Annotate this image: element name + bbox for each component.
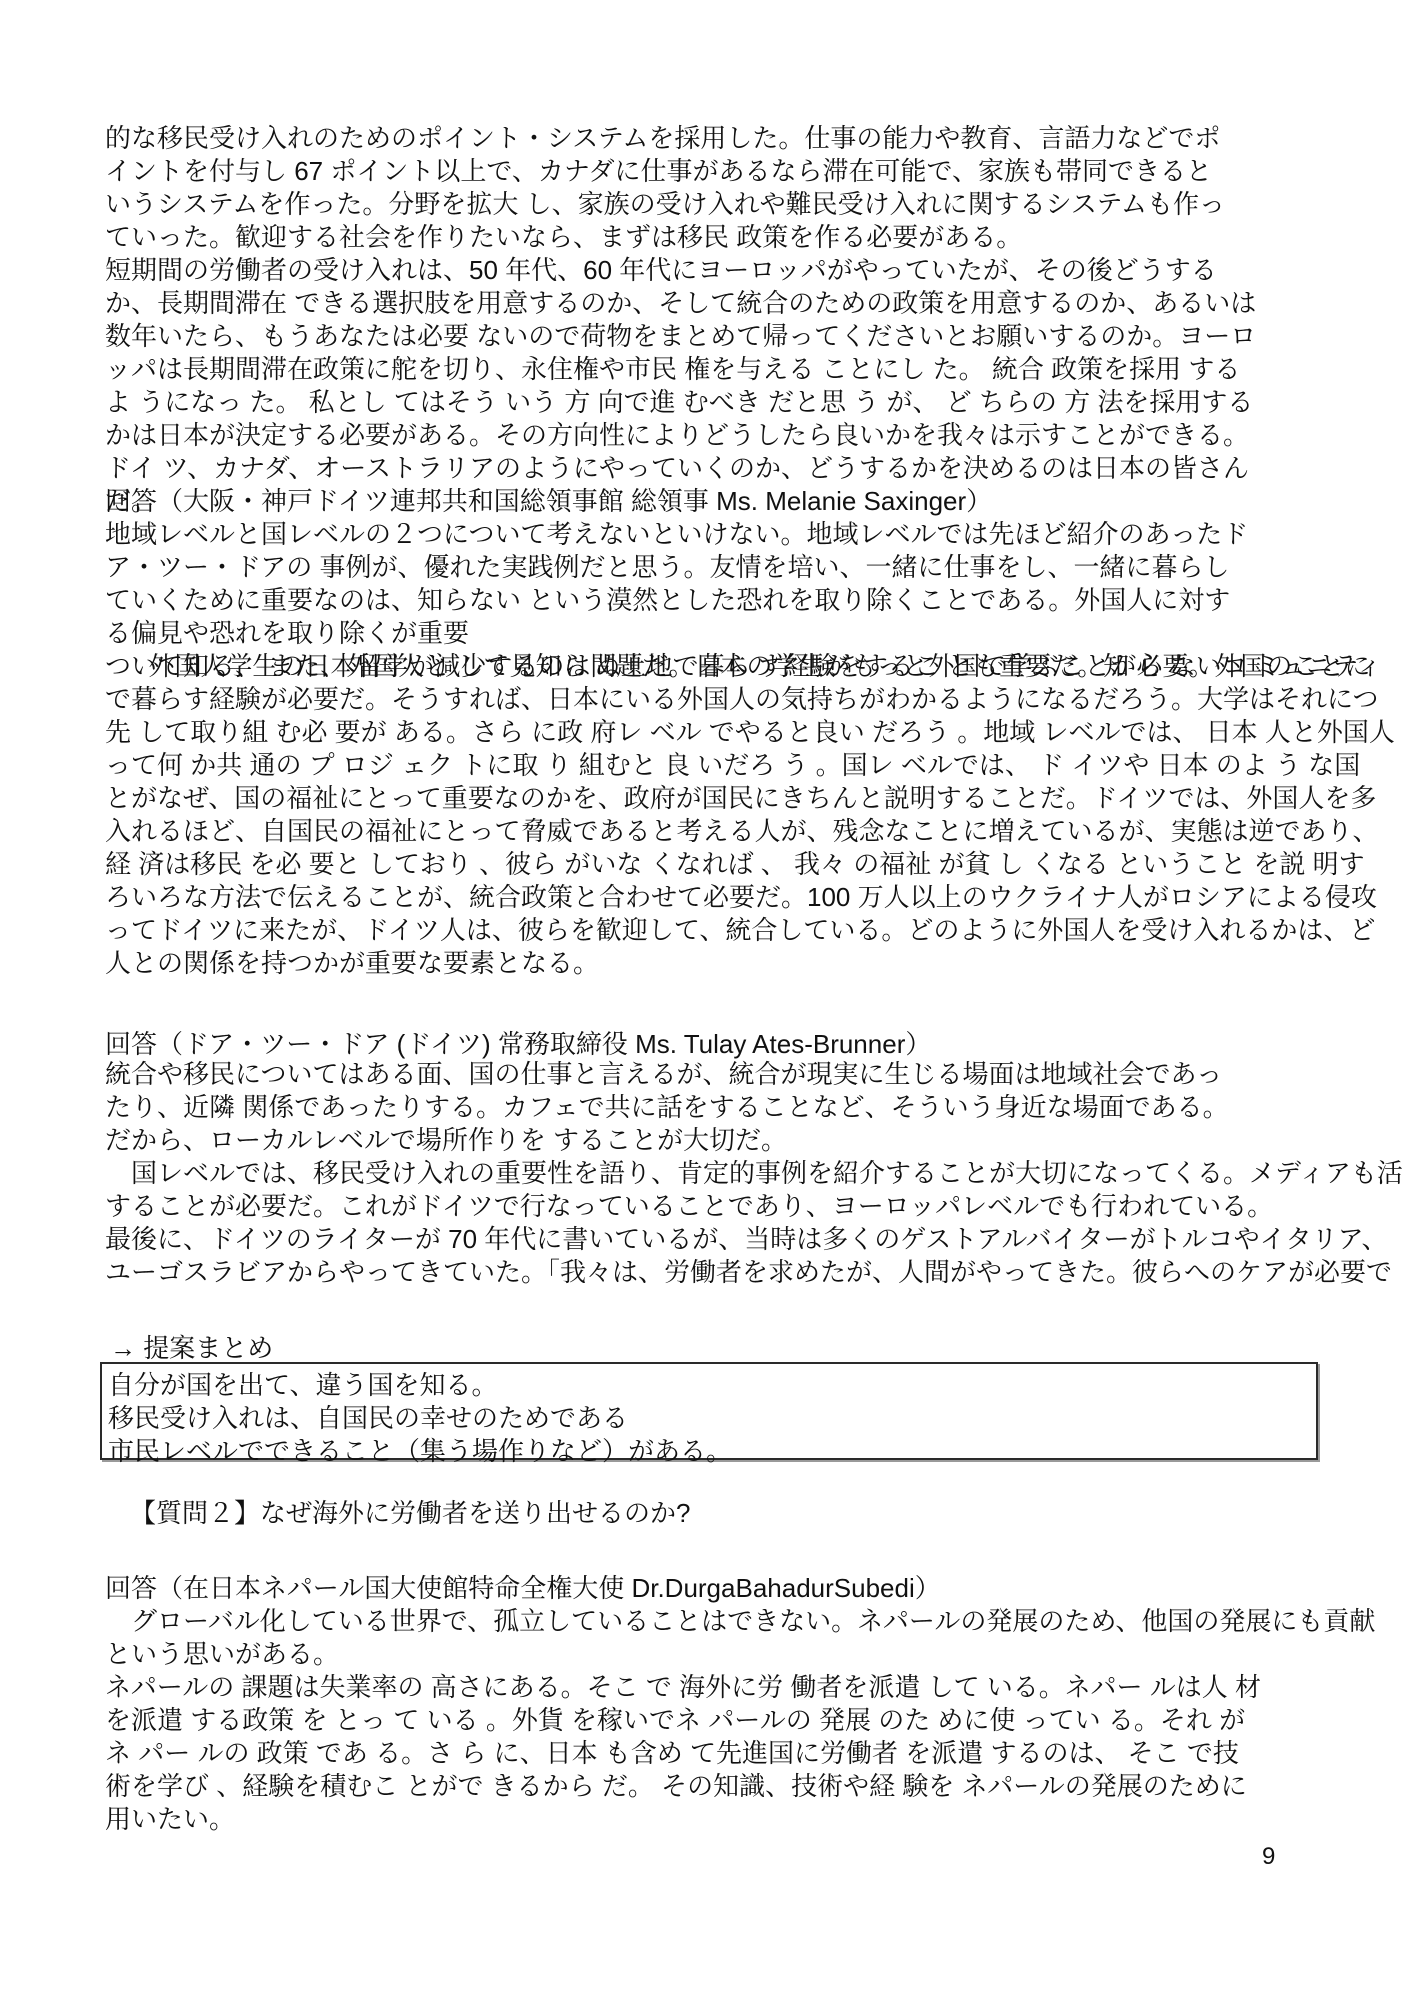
text-line-overlapped: 外国人学生の日本留学が減少するのは問題だ。日本の学生がもっと外国で学ぶことが必要…: [105, 617, 1395, 650]
answer-header-text: 回答（大阪・神戸ドイツ連邦共和国総領事館 総領事 Ms. Melanie Sax…: [105, 485, 1414, 518]
text-line: で暮らす経験が必要だ。そうすれば、日本にいる外国人の気持ちがわかるようになるだろ…: [105, 683, 1395, 716]
document-page: 的な移民受け入れのためのポイント・システムを採用した。仕事の能力や教育、言語力な…: [0, 0, 1414, 2000]
text-line: とがなぜ、国の福祉にとって重要なのかを、政府が国民にきちんと説明することだ。ドイ…: [105, 782, 1395, 815]
text-line: だから、ローカルレベルで場所作りを することが大切だ。: [105, 1124, 1229, 1157]
text-line: 地域レベルと国レベルの２つについて考えないといけない。地域レベルでは先ほど紹介の…: [105, 518, 1248, 551]
paragraph-short-term-workers: 短期間の労働者の受け入れは、50 年代、60 年代にヨーロッパがやっていたが、そ…: [105, 254, 1256, 485]
text-line: ドイ ツ、カナダ、オーストラリアのようにやっていくのか、どうするかを決めるのは日…: [105, 452, 1256, 485]
text-line: って何 か共 通の プ ロジ ェク トに取 り 組むと 良 いだろ う 。国レ …: [105, 749, 1395, 782]
text-line: 最後に、ドイツのライターが 70 年代に書いているが、当時は多くのゲストアルバイ…: [105, 1223, 1403, 1256]
text-line: よ うになっ た。 私とし てはそう いう 方 向で進 むべき だと思 う が、…: [105, 386, 1256, 419]
answer-header-subedi: 回答（在日本ネパール国大使館特命全権大使 Dr.DurgaBahadurSube…: [105, 1572, 941, 1605]
proposal-summary-label: → 提案まとめ: [110, 1332, 273, 1365]
text-line: たり、近隣 関係であったりする。カフェで共に話をすることなど、そういう身近な場面…: [105, 1091, 1229, 1124]
text-line: ていくために重要なのは、知らない という漠然とした恐れを取り除くことである。外国…: [105, 584, 1248, 617]
text-line: グローバル化している世界で、孤立していることはできない。ネパールの発展のため、他…: [105, 1605, 1375, 1638]
text-line: 統合や移民についてはある面、国の仕事と言えるが、統合が現実に生じる場面は地域社会…: [105, 1058, 1229, 1091]
overlap-text-artifact: だ。: [105, 485, 157, 518]
text-line: 人との関係を持つかが重要な要素となる。: [105, 947, 1395, 980]
paragraph-subedi: グローバル化している世界で、孤立していることはできない。ネパールの発展のため、他…: [105, 1605, 1375, 1836]
text-line: を派遣 する政策 を とっ て いる 。外貨 を稼いでネ パールの 発展 のた …: [105, 1704, 1375, 1737]
overlap-text-artifact: る偏見や恐れを取り除くが重要: [105, 617, 469, 650]
answer-header-text: 回答（在日本ネパール国大使館特命全権大使 Dr.DurgaBahadurSube…: [105, 1572, 941, 1605]
text-line: 的な移民受け入れのためのポイント・システムを採用した。仕事の能力や教育、言語力な…: [105, 122, 1225, 155]
summary-line: 市民レベルでできること（集う場作りなど）がある。: [108, 1435, 1316, 1468]
answer-header-tulay: 回答（ドア・ツー・ドア (ドイツ) 常務取締役 Ms. Tulay Ates-B…: [105, 1028, 931, 1061]
text-line: 用いたい。: [105, 1803, 1375, 1836]
text-line: かは日本が決定する必要がある。その方向性によりどうしたら良いかを我々は示すことが…: [105, 419, 1256, 452]
text-line: ていった。歓迎する社会を作りたいなら、まずは移民 政策を作る必要がある。: [105, 221, 1225, 254]
base-text: 外国人学生の日本留学が減少するのは問題だ。日本の学生がもっと外国で学ぶことが必要…: [148, 651, 1370, 681]
text-line: ッパは長期間滞在政策に舵を切り、永住権や市民 権を与える ことにし た。 統合 …: [105, 353, 1256, 386]
text-line: 経 済は移民 を必 要と しており 、彼ら がいな くなれば 、 我々 の福祉 …: [105, 848, 1395, 881]
summary-line: 移民受け入れは、自国民の幸せのためである: [108, 1402, 1316, 1435]
text-line: 国レベルでは、移民受け入れの重要性を語り、肯定的事例を紹介することが大切になって…: [105, 1157, 1403, 1190]
proposal-summary-box: 自分が国を出て、違う国を知る。 移民受け入れは、自国民の幸せのためである 市民レ…: [100, 1362, 1318, 1460]
text-line: ユーゴスラビアからやってきていた。「我々は、労働者を求めたが、人間がやってきた。…: [105, 1256, 1403, 1289]
text-line: ってドイツに来たが、ドイツ人は、彼らを歓迎して、統合している。どのように外国人を…: [105, 914, 1395, 947]
text-line: 入れるほど、自国民の福祉にとって脅威であると考える人が、残念なことに増えているが…: [105, 815, 1395, 848]
question2-heading: 【質問２】なぜ海外に労働者を送り出せるのか?: [130, 1497, 690, 1530]
text-line: という思いがある。: [105, 1638, 1375, 1671]
text-line: イントを付与し 67 ポイント以上で、カナダに仕事があるなら滞在可能で、家族も帯…: [105, 155, 1225, 188]
paragraph-points-system: 的な移民受け入れのためのポイント・システムを採用した。仕事の能力や教育、言語力な…: [105, 122, 1225, 254]
text-line: 術を学び 、経験を積むこ とがで きるから だ。 その知識、技術や経 験を ネパ…: [105, 1770, 1375, 1803]
answer-header-saxinger: 回答（大阪・神戸ドイツ連邦共和国総領事館 総領事 Ms. Melanie Sax…: [105, 485, 1414, 518]
text-line: 短期間の労働者の受け入れは、50 年代、60 年代にヨーロッパがやっていたが、そ…: [105, 254, 1256, 287]
page-number: 9: [1262, 1840, 1275, 1873]
text-line: いうシステムを作った。分野を拡大 し、家族の受け入れや難民受け入れに関するシステ…: [105, 188, 1225, 221]
paragraph-saxinger-wide: 外国人学生の日本留学が減少するのは問題だ。日本の学生がもっと外国で学ぶことが必要…: [105, 617, 1395, 980]
text-line: か、長期間滞在 できる選択肢を用意するのか、そして統合のための政策を用意するのか…: [105, 287, 1256, 320]
text-line: 先 して取り組 む必 要が ある。さら に政 府レ ベル でやると良い だろう …: [105, 716, 1395, 749]
paragraph-tulay-national: 国レベルでは、移民受け入れの重要性を語り、肯定的事例を紹介することが大切になって…: [105, 1157, 1403, 1289]
text-line: 数年いたら、もうあなたは必要 ないので荷物をまとめて帰ってくださいとお願いするの…: [105, 320, 1256, 353]
text-line: ろいろな方法で伝えることが、統合政策と合わせて必要だ。100 万人以上のウクライ…: [105, 881, 1395, 914]
answer-header-text: 回答（ドア・ツー・ドア (ドイツ) 常務取締役 Ms. Tulay Ates-B…: [105, 1028, 931, 1061]
paragraph-tulay-local: 統合や移民についてはある面、国の仕事と言えるが、統合が現実に生じる場面は地域社会…: [105, 1058, 1229, 1157]
text-line: ネパールの 課題は失業率の 高さにある。そこ で 海外に労 働者を派遣 して い…: [105, 1671, 1375, 1704]
text-line: ア・ツー・ドアの 事例が、優れた実践例だと思う。友情を培い、一緒に仕事をし、一緒…: [105, 551, 1248, 584]
text-line: ネ パー ルの 政策 であ る。さ ら に、日本 も含め て先進国に労働者 を派…: [105, 1737, 1375, 1770]
paragraph-saxinger-local-national: 地域レベルと国レベルの２つについて考えないといけない。地域レベルでは先ほど紹介の…: [105, 518, 1248, 617]
text-line: することが必要だ。これがドイツで行なっていることであり、ヨーロッパレベルでも行わ…: [105, 1190, 1403, 1223]
summary-line: 自分が国を出て、違う国を知る。: [108, 1369, 1316, 1402]
